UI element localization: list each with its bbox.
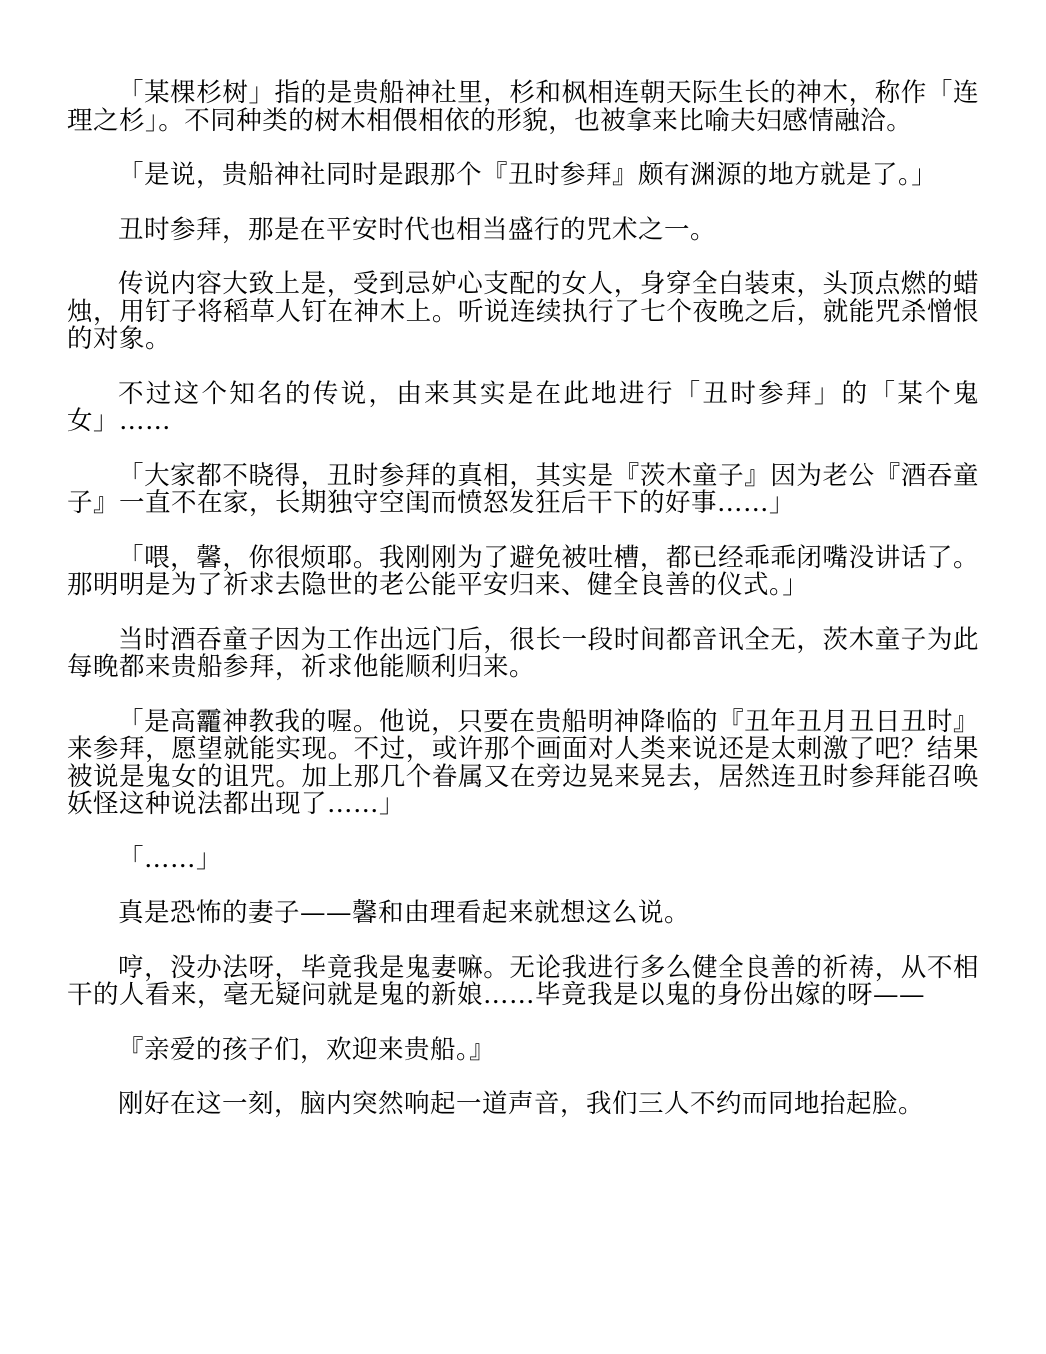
paragraph-2: 「是说，贵船神社同时是跟那个『丑时参拜』颇有渊源的地方就是了。」 xyxy=(67,162,979,190)
paragraph-5: 不过这个知名的传说，由来其实是在此地进行「丑时参拜」的「某个鬼女」…… xyxy=(67,381,979,436)
paragraph-11: 真是恐怖的妻子——馨和由理看起来就想这么说。 xyxy=(67,900,979,928)
paragraph-3: 丑时参拜，那是在平安时代也相当盛行的咒术之一。 xyxy=(67,217,979,245)
document-page: 「某棵杉树」指的是贵船神社里，杉和枫相连朝天际生长的神木，称作「连理之杉」。不同… xyxy=(67,80,979,1146)
paragraph-12: 哼，没办法呀，毕竟我是鬼妻嘛。无论我进行多么健全良善的祈祷，从不相干的人看来，毫… xyxy=(67,955,979,1010)
paragraph-14: 刚好在这一刻，脑内突然响起一道声音，我们三人不约而同地抬起脸。 xyxy=(67,1091,979,1119)
paragraph-8: 当时酒吞童子因为工作出远门后，很长一段时间都音讯全无，茨木童子为此每晚都来贵船参… xyxy=(67,627,979,682)
paragraph-1: 「某棵杉树」指的是贵船神社里，杉和枫相连朝天际生长的神木，称作「连理之杉」。不同… xyxy=(67,80,979,135)
paragraph-6: 「大家都不晓得，丑时参拜的真相，其实是『茨木童子』因为老公『酒吞童子』一直不在家… xyxy=(67,463,979,518)
paragraph-7: 「喂，馨，你很烦耶。我刚刚为了避免被吐槽，都已经乖乖闭嘴没讲话了。那明明是为了祈… xyxy=(67,545,979,600)
paragraph-4: 传说内容大致上是，受到忌妒心支配的女人，身穿全白装束，头顶点燃的蜡烛，用钉子将稻… xyxy=(67,271,979,354)
paragraph-13: 『亲爱的孩子们，欢迎来贵船。』 xyxy=(67,1037,979,1065)
paragraph-10: 「……」 xyxy=(67,846,979,874)
paragraph-9: 「是高龗神教我的喔。他说，只要在贵船明神降临的『丑年丑月丑日丑时』来参拜，愿望就… xyxy=(67,709,979,819)
